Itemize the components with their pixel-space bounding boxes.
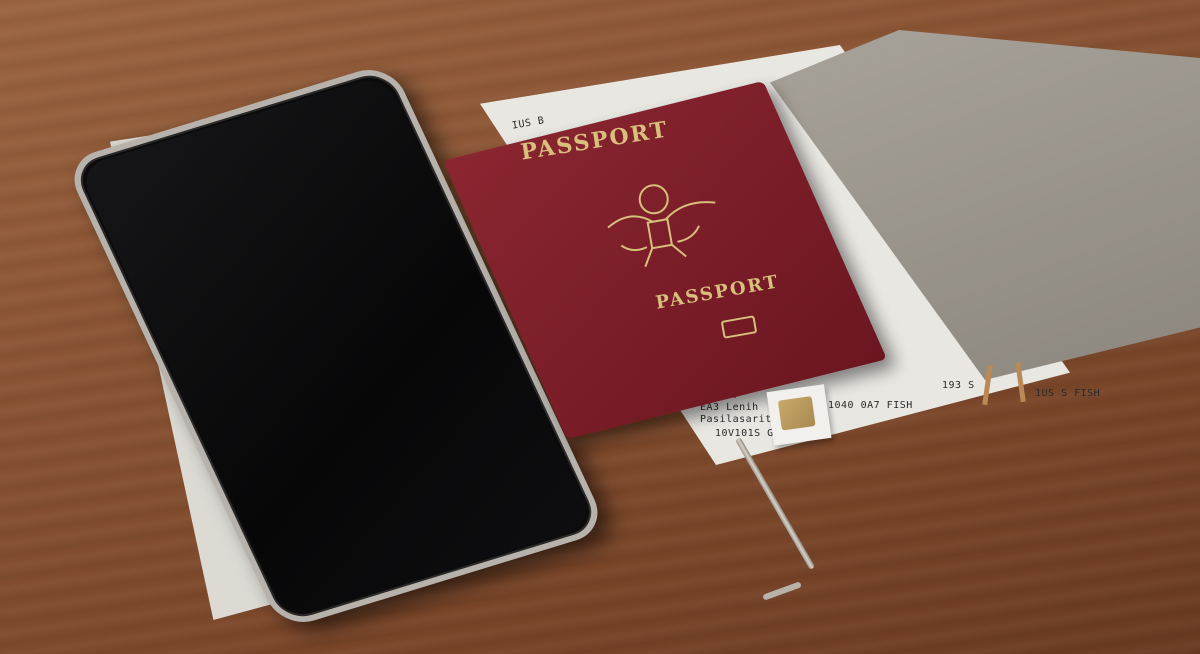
photo-scene: IUS B ASI 07 EA3 Lenih Pasilasaritto 10V… xyxy=(0,0,1200,654)
document-text: 1US S FISH xyxy=(1035,388,1100,399)
sim-chip-icon xyxy=(778,396,816,430)
sim-ejector-pin-hook xyxy=(762,581,802,600)
sim-card xyxy=(767,384,832,446)
document-text: 193 S xyxy=(942,380,975,391)
sim-ejector-pin xyxy=(735,437,815,570)
document-text: 1040 0A7 FISH xyxy=(828,400,913,411)
